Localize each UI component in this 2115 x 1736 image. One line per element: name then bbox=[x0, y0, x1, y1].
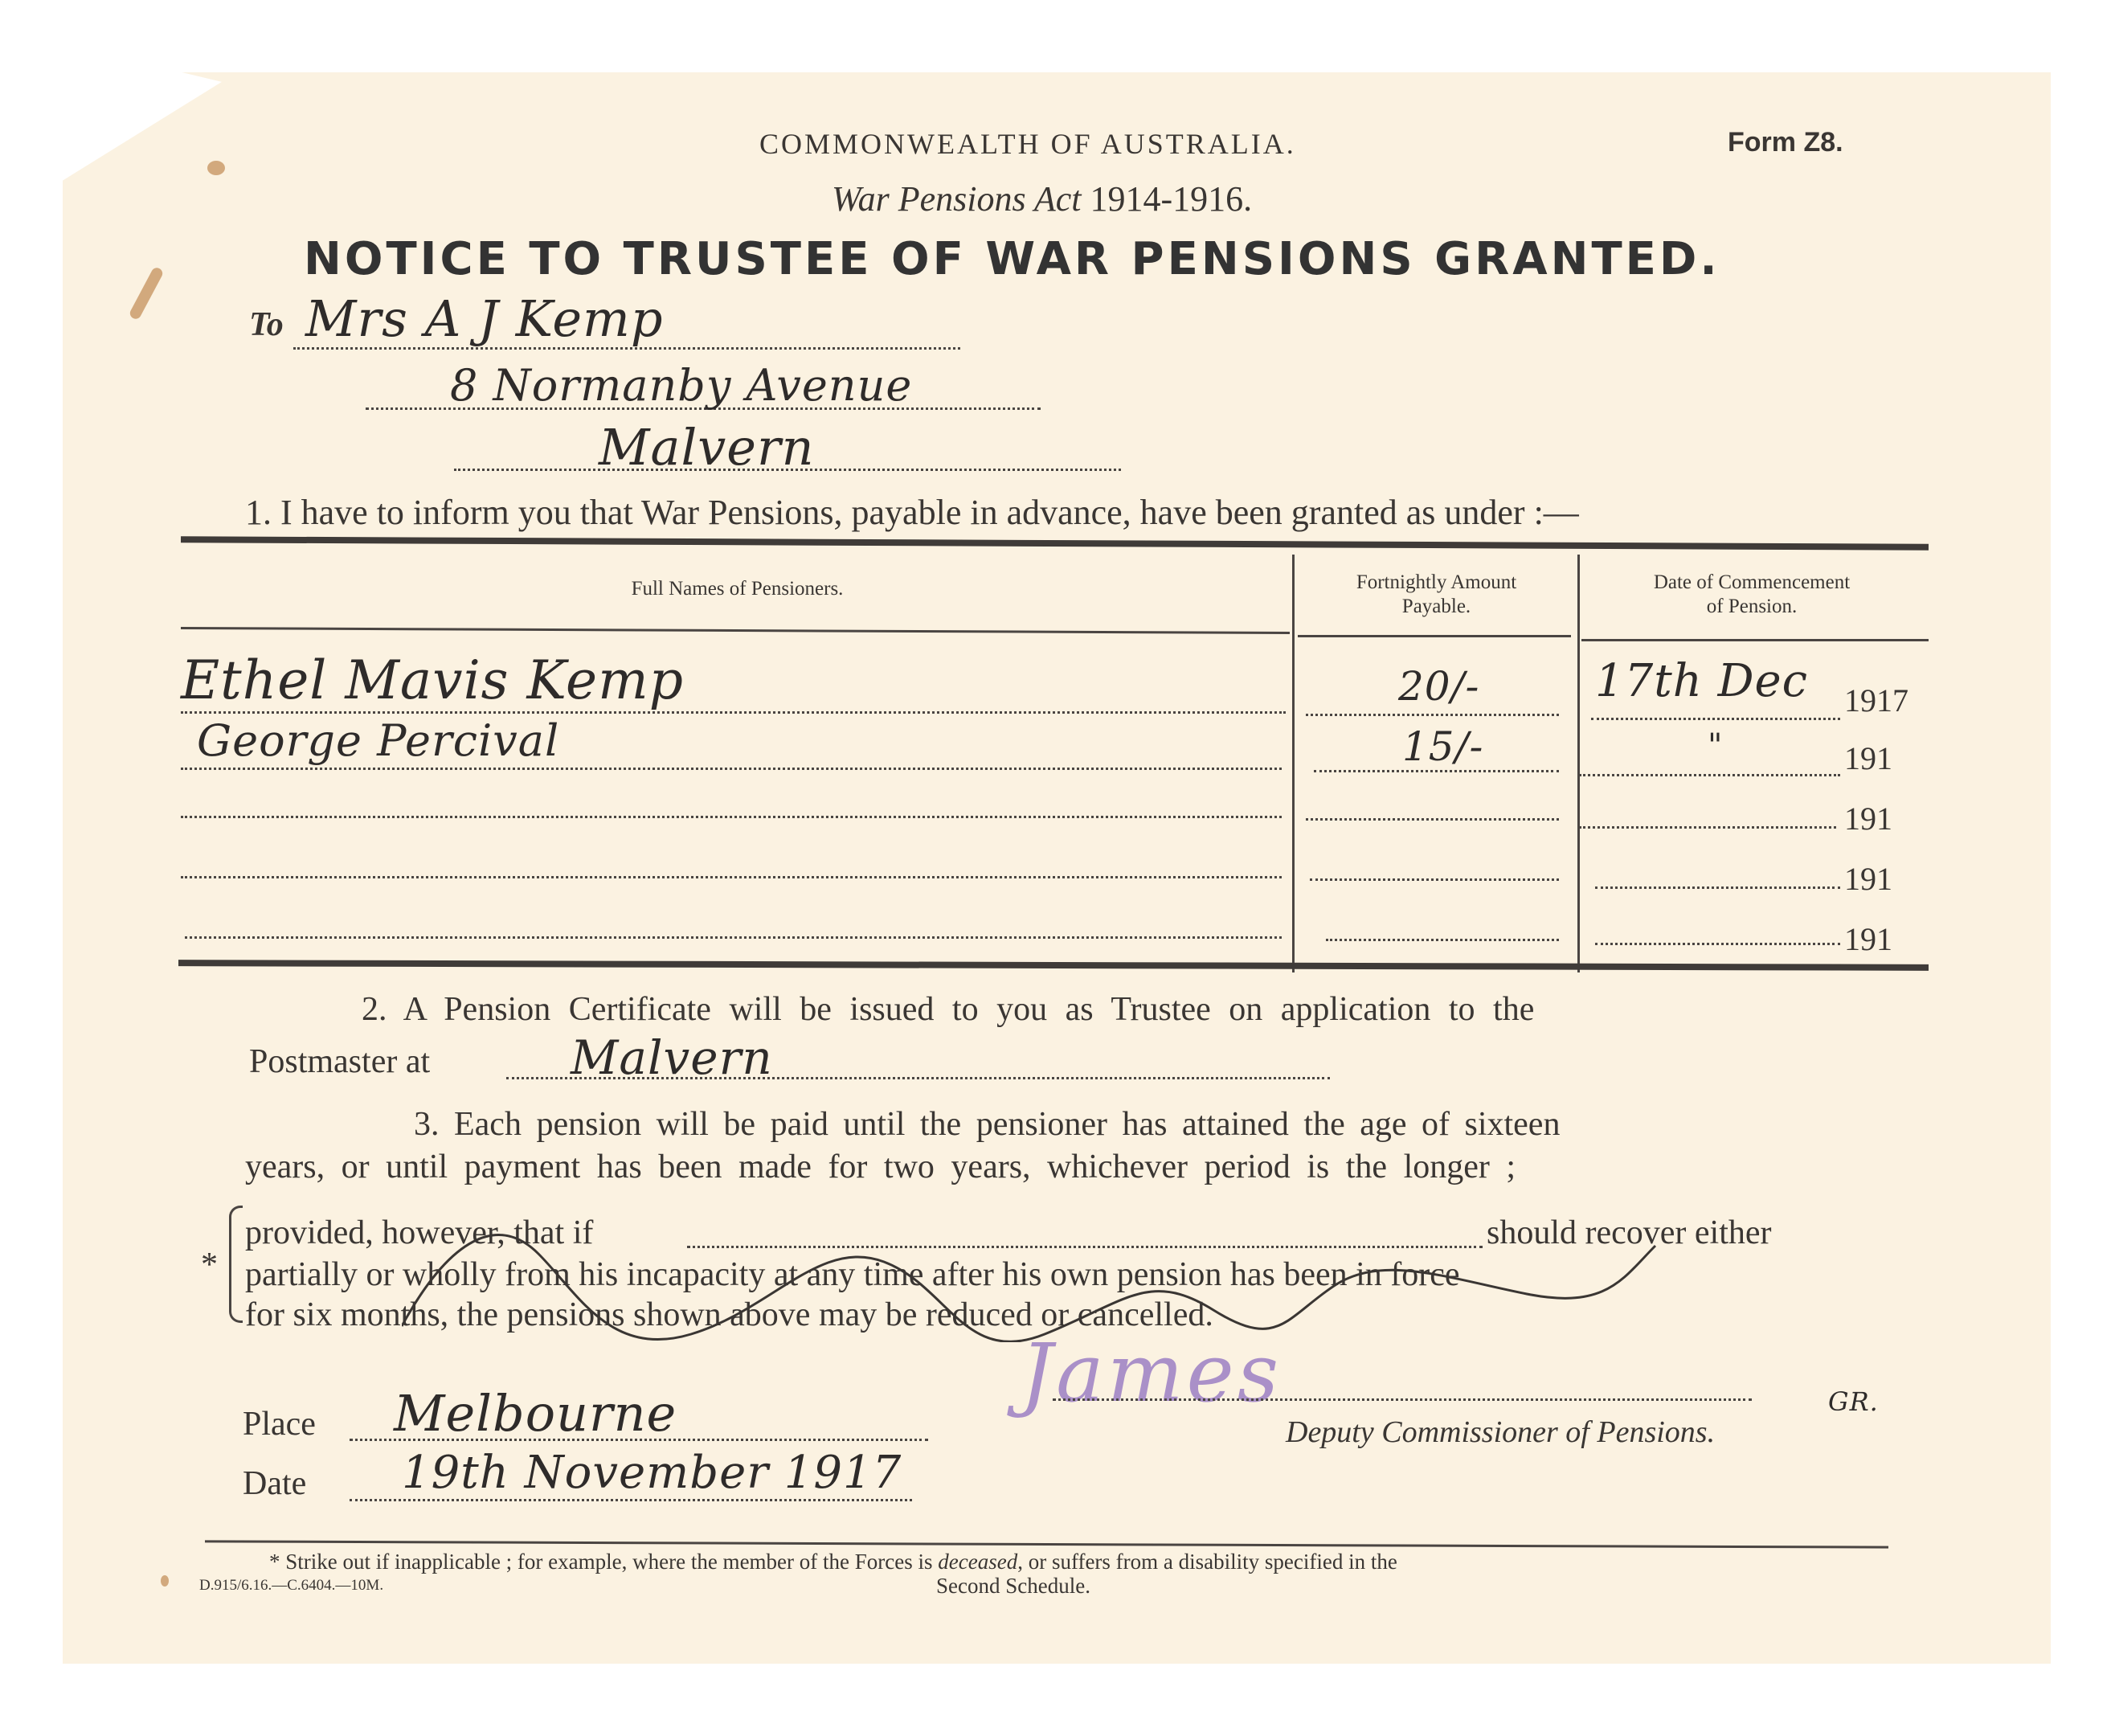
postmaster-label: Postmaster at bbox=[249, 1042, 430, 1081]
row-line bbox=[1306, 818, 1559, 821]
signature-line bbox=[1053, 1398, 1752, 1401]
pension-year: 191 bbox=[1844, 860, 1892, 898]
col-header-amount-line2: Payable. bbox=[1294, 595, 1579, 619]
addressee-suburb: Malvern bbox=[599, 418, 815, 477]
row-line bbox=[1306, 714, 1559, 716]
pension-year: 191 bbox=[1844, 739, 1892, 777]
date-value: 19th November 1917 bbox=[402, 1447, 902, 1499]
row-line bbox=[181, 876, 1282, 878]
place-value: Melbourne bbox=[394, 1384, 677, 1443]
row-line bbox=[1310, 878, 1559, 881]
footnote-line2: Second Schedule. bbox=[936, 1574, 1090, 1599]
col-header-date-line1: Date of Commencement bbox=[1579, 571, 1925, 595]
rust-stain bbox=[161, 1575, 169, 1587]
header-rule bbox=[1298, 635, 1571, 637]
row-line bbox=[1314, 770, 1559, 772]
row-line bbox=[1591, 718, 1840, 720]
row-line bbox=[181, 768, 1282, 770]
col-header-date: Date of Commencement of Pension. bbox=[1579, 571, 1925, 619]
form-number: Form Z8. bbox=[1728, 127, 1843, 158]
row-line bbox=[1579, 826, 1836, 829]
row-line bbox=[1595, 886, 1840, 889]
pension-year: 191 bbox=[1844, 800, 1892, 837]
footnote-line1: * Strike out if inapplicable ; for examp… bbox=[269, 1550, 1397, 1574]
paragraph-2-line1: 2. A Pension Certificate will be issued … bbox=[362, 990, 1534, 1029]
asterisk: * bbox=[201, 1246, 218, 1284]
col-header-amount: Fortnightly Amount Payable. bbox=[1294, 571, 1579, 619]
header-rule bbox=[1581, 639, 1929, 641]
row-line bbox=[185, 936, 1282, 939]
act-reference: War Pensions Act 1914-1916. bbox=[832, 178, 1252, 219]
addressee-street: 8 Normanby Avenue bbox=[450, 360, 912, 411]
footnote-italic: deceased bbox=[938, 1550, 1017, 1574]
row-line bbox=[1579, 774, 1840, 776]
pension-date: " bbox=[1708, 727, 1723, 764]
country-heading: COMMONWEALTH OF AUSTRALIA. bbox=[759, 127, 1296, 161]
signatory-title: Deputy Commissioner of Pensions. bbox=[1286, 1415, 1715, 1450]
col-header-amount-line1: Fortnightly Amount bbox=[1294, 571, 1579, 595]
paragraph-3-line2: years, or until payment has been made fo… bbox=[245, 1148, 1516, 1186]
postmaster-value: Malvern bbox=[571, 1030, 773, 1085]
signatory-initials: GR. bbox=[1828, 1386, 1879, 1417]
to-label: To bbox=[249, 305, 284, 344]
pensioner-name: Ethel Mavis Kemp bbox=[181, 649, 684, 711]
column-divider bbox=[1292, 555, 1295, 972]
print-code: D.915/6.16.—C.6404.—10M. bbox=[199, 1577, 383, 1595]
pension-date: 17th Dec bbox=[1595, 655, 1808, 707]
pensioner-name: George Percival bbox=[197, 715, 559, 766]
pension-year: 191 bbox=[1844, 920, 1892, 958]
place-label: Place bbox=[243, 1405, 316, 1443]
row-line bbox=[1595, 943, 1840, 945]
page-title: NOTICE TO TRUSTEE OF WAR PENSIONS GRANTE… bbox=[304, 233, 1720, 285]
row-line bbox=[181, 816, 1282, 818]
paragraph-3-line1: 3. Each pension will be paid until the p… bbox=[414, 1105, 1560, 1144]
row-line bbox=[1326, 939, 1559, 941]
paragraph-1: 1. I have to inform you that War Pension… bbox=[245, 492, 1579, 533]
proviso-brace bbox=[229, 1206, 243, 1323]
addressee-name: Mrs A J Kemp bbox=[305, 289, 664, 348]
footnote-text: , or suffers from a disability specified… bbox=[1017, 1550, 1397, 1574]
pension-amount: 20/- bbox=[1398, 663, 1479, 710]
strikethrough-squiggle bbox=[402, 1222, 1864, 1342]
date-line bbox=[350, 1499, 912, 1501]
signature: James bbox=[1021, 1326, 1282, 1420]
col-header-names: Full Names of Pensioners. bbox=[181, 577, 1294, 601]
rust-stain bbox=[207, 161, 225, 175]
column-divider bbox=[1577, 555, 1580, 972]
row-line bbox=[181, 711, 1286, 714]
footnote-text: * Strike out if inapplicable ; for examp… bbox=[269, 1550, 933, 1574]
pension-amount: 15/- bbox=[1402, 723, 1483, 770]
col-header-date-line2: of Pension. bbox=[1579, 595, 1925, 619]
date-label: Date bbox=[243, 1464, 306, 1503]
act-years: 1914-1916. bbox=[1090, 179, 1252, 219]
pension-year: 1917 bbox=[1844, 682, 1908, 719]
act-name: War Pensions Act bbox=[832, 179, 1081, 219]
